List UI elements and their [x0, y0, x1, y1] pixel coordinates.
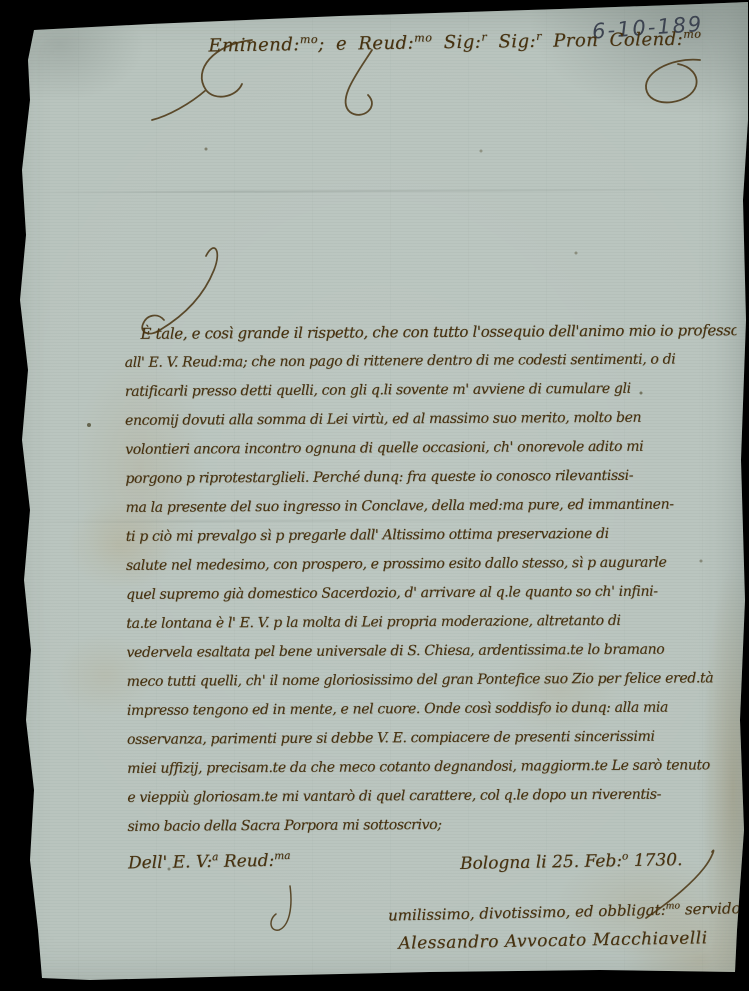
body-line: salute nel medesimo, con prospero, e pro…: [126, 548, 738, 581]
letter-body: È tale, e così grande il rispetto, che c…: [124, 316, 739, 842]
body-line: vedervela esaltata pel bene universale d…: [126, 635, 738, 668]
foxing-specks: [0, 0, 2, 2]
salutation-loop-flourish-icon: [346, 50, 372, 115]
body-line: porgono p riprotestarglieli. Perché dunq…: [125, 461, 737, 494]
signature-role: umilissimo, divotissimo, ed obbligat:mo …: [388, 899, 728, 924]
body-line: ti p ciò mi prevalgo sì p pregarle dall'…: [126, 519, 738, 552]
body-line: impresso tengono ed in mente, e nel cuor…: [127, 693, 739, 726]
fold-crease: [28, 188, 739, 193]
body-line: osservanza, parimenti pure si debbe V. E…: [127, 722, 739, 755]
body-line: È tale, e così grande il rispetto, che c…: [124, 316, 736, 349]
body-line: ratificarli presso detti quelli, con gli…: [125, 374, 737, 407]
dateline: Bologna li 25. Feb:o 1730.: [460, 850, 683, 874]
closing-formula: Dell' E. V:a Reud:ma: [128, 851, 291, 874]
body-line: miei uffizij, precisam.te da che meco co…: [127, 751, 739, 784]
body-line: encomij dovuti alla somma di Lei virtù, …: [125, 403, 737, 436]
colendissimo-loop-flourish-icon: [646, 60, 700, 103]
signature-name: Alessandro Avvocato Macchiavelli: [388, 928, 718, 954]
body-line: all' E. V. Reud:ma; che non pago di ritt…: [125, 345, 737, 378]
body-line: e vieppiù gloriosam.te mi vantarò di que…: [127, 780, 739, 813]
manuscript-page: 6-10-189 Eminend:mo; e Reud:mo Sig:r Sig…: [0, 0, 749, 991]
body-line: volontieri ancora incontro ognuna di que…: [125, 432, 737, 465]
closing-paraph-icon: [271, 886, 291, 930]
body-line: simo bacio della Sacra Porpora mi sottos…: [127, 809, 739, 842]
salutation-line: Eminend:mo; e Reud:mo Sig:r Sig:r Pron C…: [195, 28, 715, 56]
body-line: ma la presente del suo ingresso in Concl…: [125, 490, 737, 523]
photo-background: { "colors": { "background": "#000000", "…: [0, 0, 749, 991]
body-line: quel supremo già domestico Sacerdozio, d…: [126, 577, 738, 610]
body-line: ta.te lontana è l' E. V. p la molta di L…: [126, 606, 738, 639]
body-line: meco tutti quelli, ch' il nome gloriosis…: [127, 664, 739, 697]
